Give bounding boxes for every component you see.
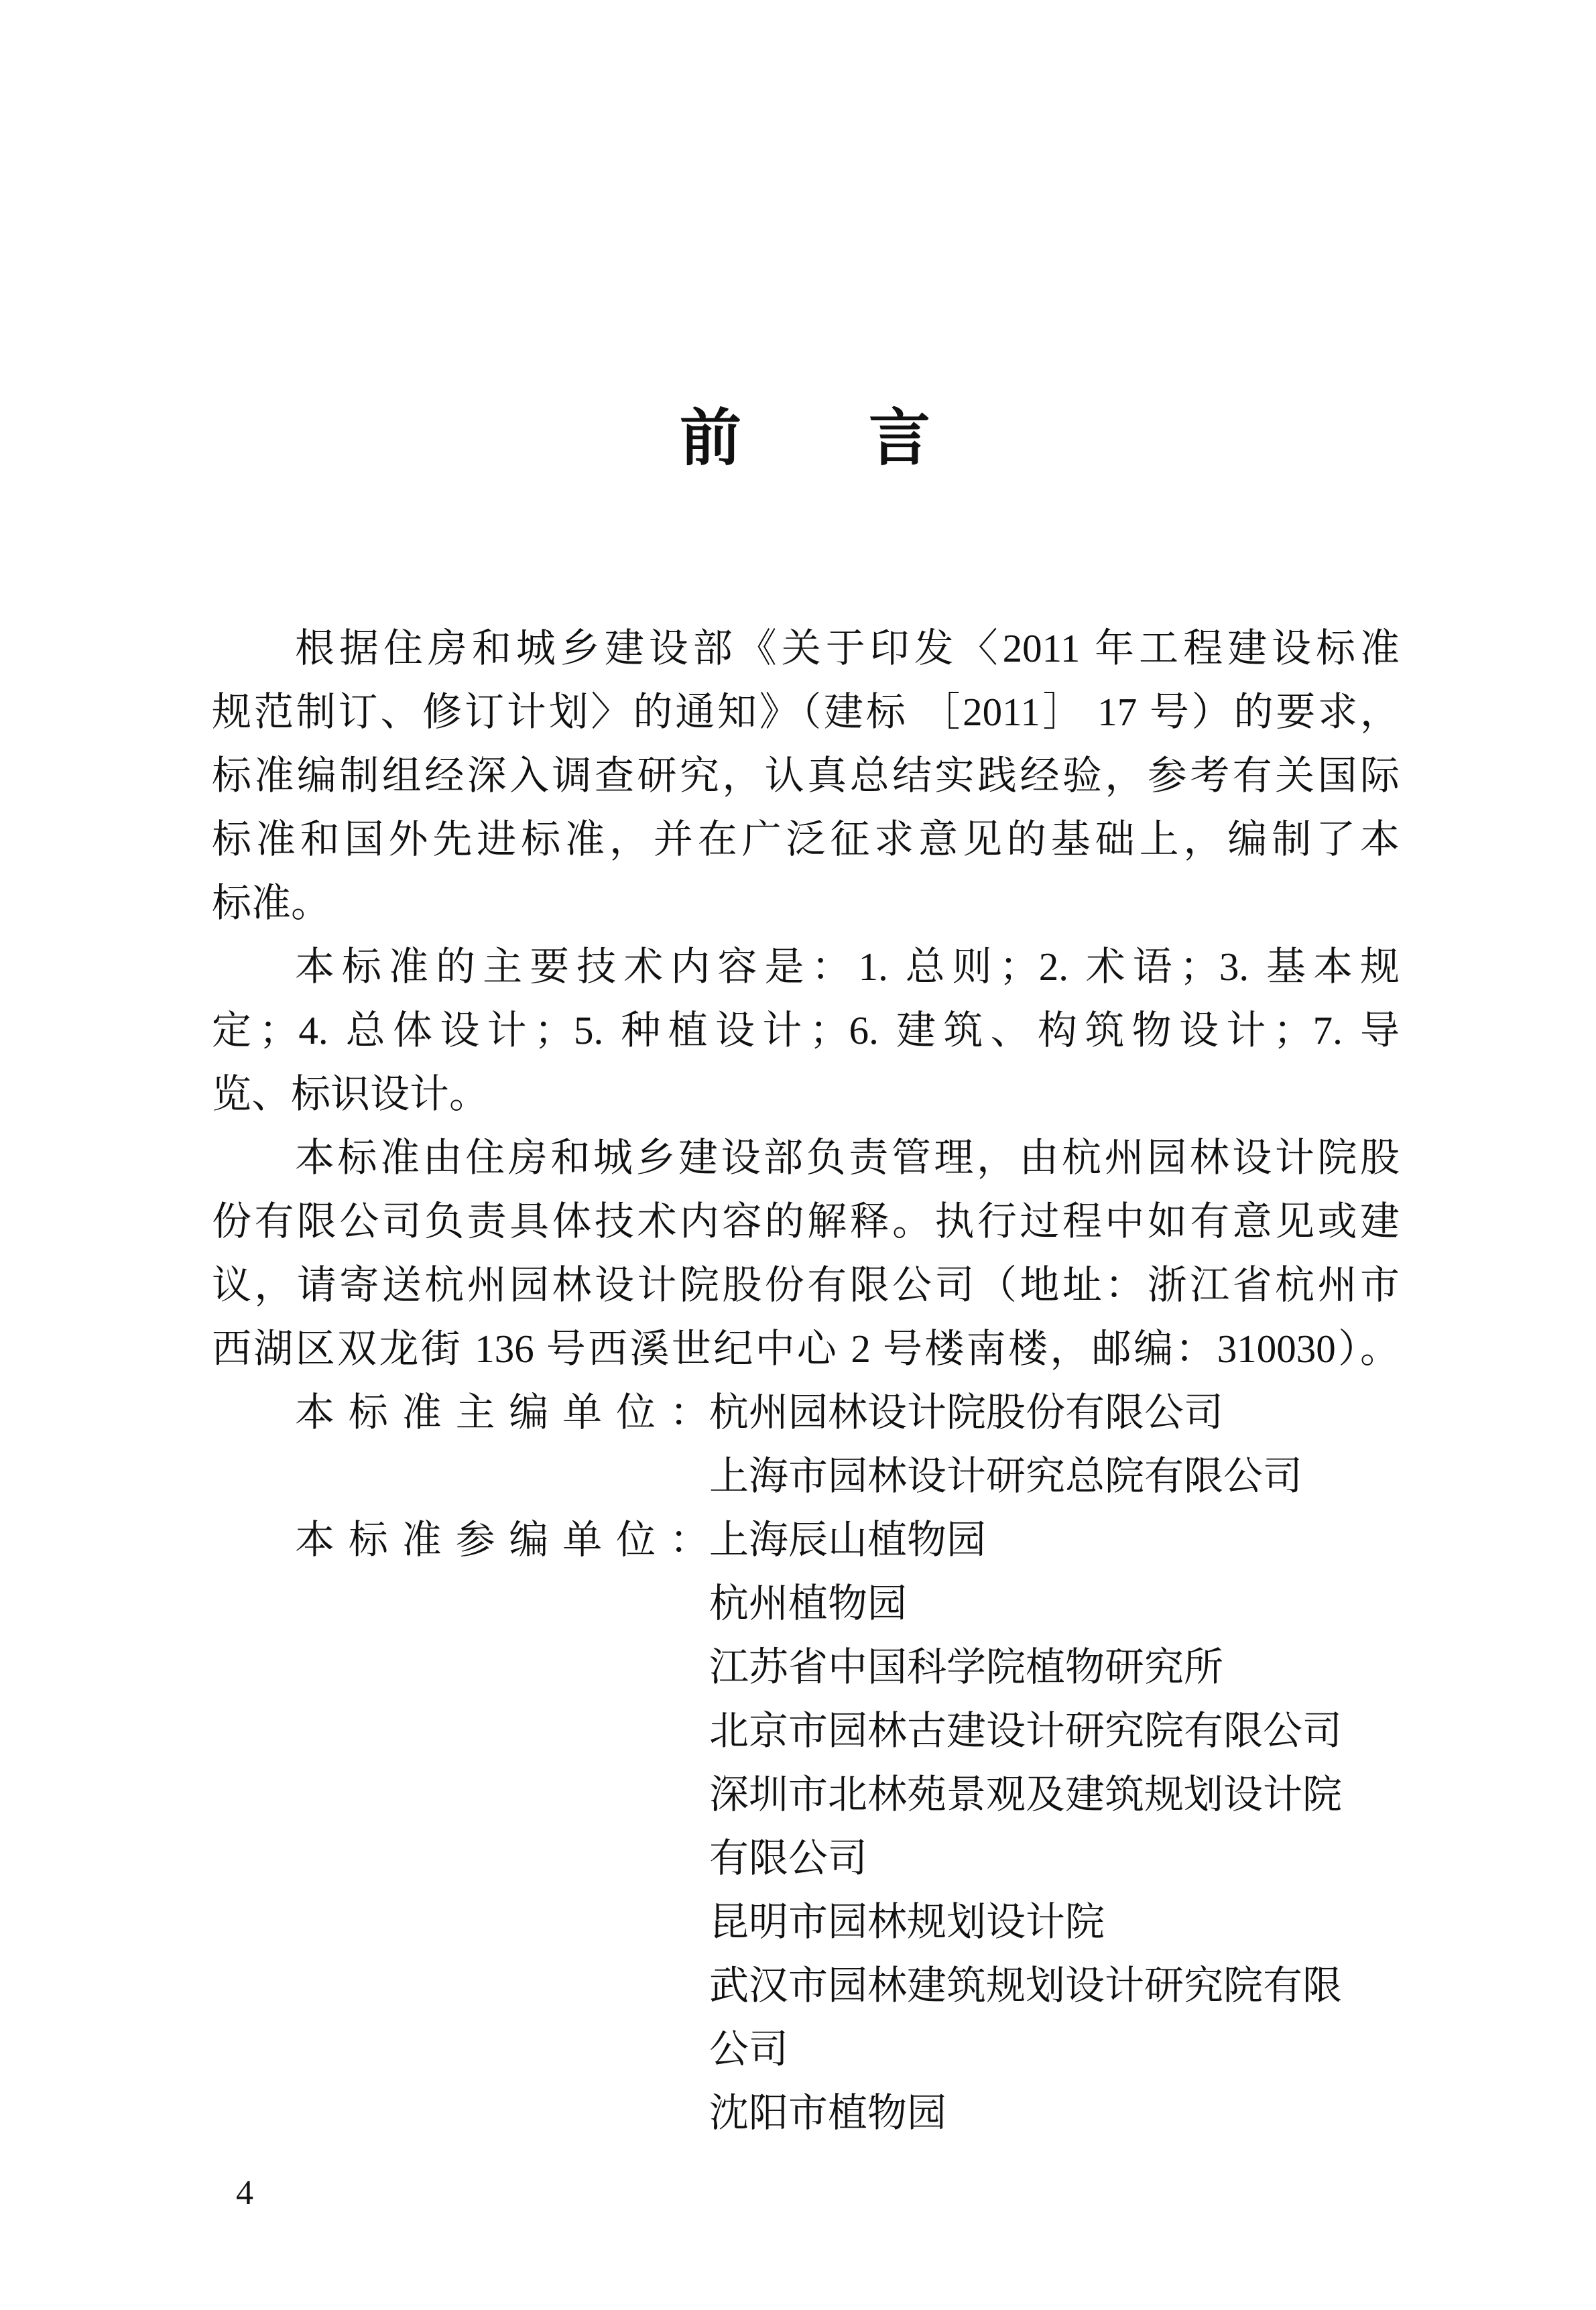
unit-row: 深圳市北林苑景观及建筑规划设计院	[212, 1763, 1400, 1827]
unit-label-empty	[212, 1954, 709, 2018]
para2-line: 览、标识设计。	[212, 1062, 1400, 1126]
para1-line: 标准。	[212, 871, 1400, 935]
unit-name: 公司	[709, 2018, 1400, 2081]
foreword-body: 根据住房和城乡建设部《关于印发〈2011 年工程建设标准 规范制订、修订计划〉的…	[212, 617, 1400, 2145]
unit-row: 杭州植物园	[212, 1572, 1400, 1636]
unit-label-empty	[212, 1445, 709, 1508]
para3-line: 议，请寄送杭州园林设计院股份有限公司（地址：浙江省杭州市	[212, 1254, 1400, 1317]
unit-row: 武汉市园林建筑规划设计研究院有限	[212, 1954, 1400, 2018]
unit-label-empty	[212, 1636, 709, 1699]
para1-line: 规范制订、修订计划〉的通知》（建标 ［2011］ 17 号）的要求，	[212, 680, 1400, 744]
unit-row: 沈阳市植物园	[212, 2081, 1400, 2145]
unit-row: 江苏省中国科学院植物研究所	[212, 1636, 1400, 1699]
page-title: 前 言	[212, 401, 1400, 476]
unit-name: 沈阳市植物园	[709, 2081, 1400, 2145]
unit-label-empty	[212, 1827, 709, 1890]
chief-editor-label: 本标准主编单位：	[212, 1381, 709, 1445]
unit-row: 北京市园林古建设计研究院有限公司	[212, 1699, 1400, 1763]
unit-row: 昆明市园林规划设计院	[212, 1890, 1400, 1954]
para1-line: 标准和国外先进标准，并在广泛征求意见的基础上，编制了本	[212, 808, 1400, 871]
unit-row: 有限公司	[212, 1827, 1400, 1890]
para3-line: 本标准由住房和城乡建设部负责管理，由杭州园林设计院股	[212, 1126, 1400, 1190]
unit-name: 昆明市园林规划设计院	[709, 1890, 1400, 1954]
unit-row: 本标准参编单位： 上海辰山植物园	[212, 1508, 1400, 1572]
para1-line: 标准编制组经深入调查研究，认真总结实践经验，参考有关国际	[212, 744, 1400, 808]
unit-name: 上海辰山植物园	[709, 1508, 1400, 1572]
unit-label-empty	[212, 1572, 709, 1636]
unit-name: 武汉市园林建筑规划设计研究院有限	[709, 1954, 1400, 2018]
para2-line: 定；4. 总体设计；5. 种植设计；6. 建筑、构筑物设计；7. 导	[212, 999, 1400, 1062]
unit-label-empty	[212, 2018, 709, 2081]
unit-name: 杭州植物园	[709, 1572, 1400, 1636]
unit-row: 上海市园林设计研究总院有限公司	[212, 1445, 1400, 1508]
unit-row: 公司	[212, 2018, 1400, 2081]
para3-line: 份有限公司负责具体技术内容的解释。执行过程中如有意见或建	[212, 1190, 1400, 1254]
unit-label-empty	[212, 2081, 709, 2145]
unit-name: 深圳市北林苑景观及建筑规划设计院	[709, 1763, 1400, 1827]
unit-label-empty	[212, 1699, 709, 1763]
page-number: 4	[236, 2173, 253, 2213]
unit-label-empty	[212, 1763, 709, 1827]
para3-line: 西湖区双龙街 136 号西溪世纪中心 2 号楼南楼，邮编：310030）。	[212, 1317, 1400, 1381]
para2-line: 本标准的主要技术内容是：1. 总则；2. 术语；3. 基本规	[212, 935, 1400, 999]
document-page: 前 言 根据住房和城乡建设部《关于印发〈2011 年工程建设标准 规范制订、修订…	[0, 0, 1596, 2310]
unit-name: 江苏省中国科学院植物研究所	[709, 1636, 1400, 1699]
unit-name: 杭州园林设计院股份有限公司	[709, 1381, 1400, 1445]
unit-label-empty	[212, 1890, 709, 1954]
unit-name: 有限公司	[709, 1827, 1400, 1890]
unit-name: 北京市园林古建设计研究院有限公司	[709, 1699, 1400, 1763]
unit-name: 上海市园林设计研究总院有限公司	[709, 1445, 1400, 1508]
para1-line: 根据住房和城乡建设部《关于印发〈2011 年工程建设标准	[212, 617, 1400, 680]
unit-row: 本标准主编单位： 杭州园林设计院股份有限公司	[212, 1381, 1400, 1445]
participating-editor-label: 本标准参编单位：	[212, 1508, 709, 1572]
